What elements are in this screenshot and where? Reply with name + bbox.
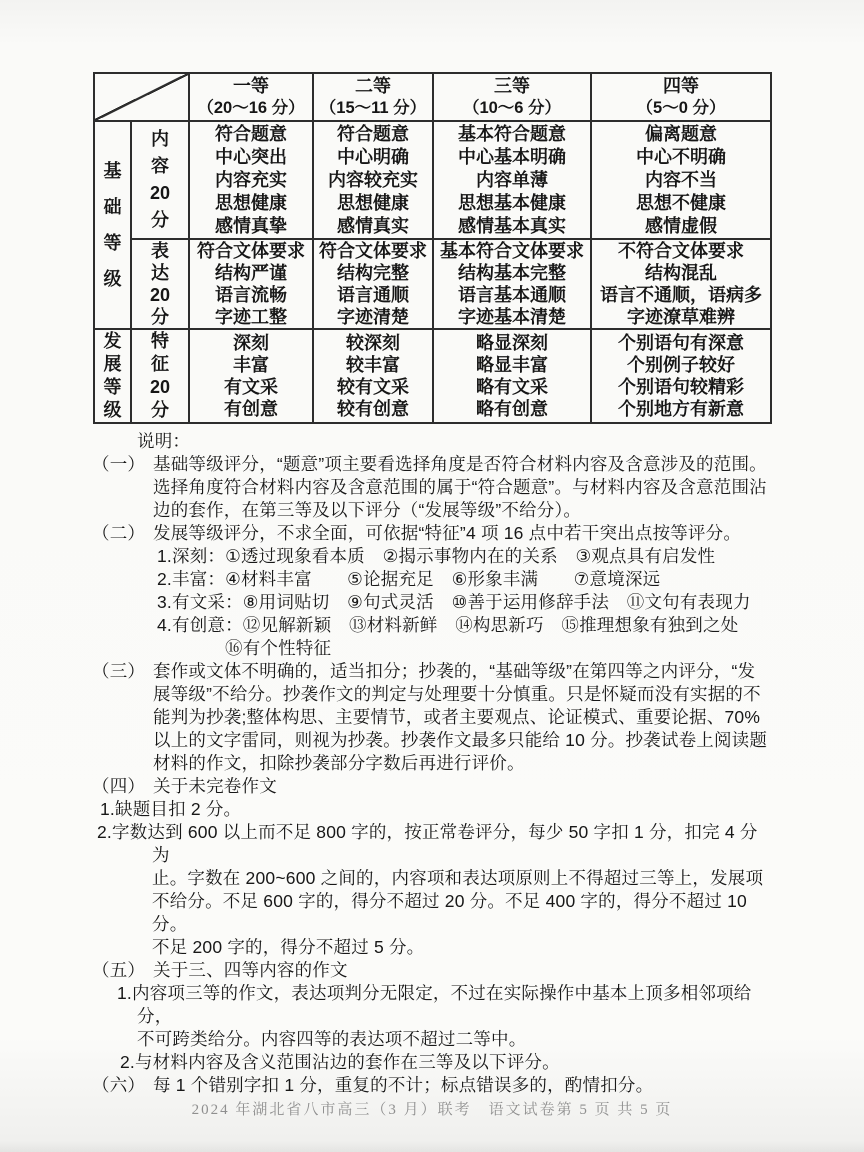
note-item-5-sub2: 2.与材料内容及含义范围沾边的套作在三等及以下评分。 <box>92 1051 772 1074</box>
note-item-6-label: （六） <box>92 1074 153 1097</box>
expression-grade4-cell: 不符合文体要求 结构混乱 语言不通顺，语病多 字迹潦草难辨 <box>591 239 771 329</box>
note-item-4-sub1: 1.缺题目扣 2 分。 <box>92 798 772 821</box>
grade1-title: 一等 <box>190 75 312 97</box>
feature-grade4-cell: 个别语句有深意 个别例子较好 个别语句较精彩 个别地方有新意 <box>591 329 771 423</box>
grade2-title: 二等 <box>314 75 432 97</box>
note-item-3-label: （三） <box>92 660 153 775</box>
note-item-5-title: 关于三、四等内容的作文 <box>153 959 772 982</box>
document-page: 一等 （20～16 分） 二等 （15～11 分） 三等 （10～6 分） 四等… <box>0 0 864 1152</box>
row-label-feature-20: 特 征 20 分 <box>131 329 189 423</box>
grade2-score-range: （15～11 分） <box>314 97 432 119</box>
note-item-4: （四） 关于未完卷作文 <box>92 775 772 798</box>
column-header-grade3: 三等 （10～6 分） <box>433 73 591 121</box>
content-grade2-cell: 符合题意 中心明确 内容较充实 思想健康 感情真实 <box>313 121 433 239</box>
note-item-4-title: 关于未完卷作文 <box>153 775 772 798</box>
feature-line-literary: 3.有文采：⑧用词贴切 ⑨句式灵活 ⑩善于运用修辞手法 ⑪文句有表现力 <box>92 591 772 614</box>
grade1-score-range: （20～16 分） <box>190 97 312 119</box>
row-label-content-20: 内 容 20 分 <box>131 121 189 239</box>
grade4-score-range: （5～0 分） <box>592 97 770 119</box>
grade3-title: 三等 <box>434 75 590 97</box>
content-grade4-cell: 偏离题意 中心不明确 内容不当 思想不健康 感情虚假 <box>591 121 771 239</box>
note-item-4-sub2: 2.字数达到 600 以上而不足 800 字的，按正常卷评分，每少 50 字扣 … <box>92 821 772 959</box>
column-header-grade1: 一等 （20～16 分） <box>189 73 313 121</box>
feature-grade2-cell: 较深刻 较丰富 较有文采 较有创意 <box>313 329 433 423</box>
row-label-expression-20: 表 达 20 分 <box>131 239 189 329</box>
note-item-6: （六） 每 1 个错别字扣 1 分，重复的不计；标点错误多的，酌情扣分。 <box>92 1074 772 1097</box>
column-header-grade2: 二等 （15～11 分） <box>313 73 433 121</box>
table-corner-diagonal-cell <box>94 73 189 121</box>
notes-heading: 说明： <box>92 430 772 453</box>
row-group-basic-level: 基 础 等 级 <box>94 121 131 329</box>
row-group-development-level: 发 展 等 级 <box>94 329 131 423</box>
notes-section: 说明： （一） 基础等级评分，“题意”项主要看选择角度是否符合材料内容及含意涉及… <box>92 430 772 1097</box>
expression-grade3-cell: 基本符合文体要求 结构基本完整 语言基本通顺 字迹基本清楚 <box>433 239 591 329</box>
content-grade1-cell: 符合题意 中心突出 内容充实 思想健康 感情真挚 <box>189 121 313 239</box>
essay-grading-rubric-table: 一等 （20～16 分） 二等 （15～11 分） 三等 （10～6 分） 四等… <box>93 72 772 424</box>
note-item-1-text: 基础等级评分，“题意”项主要看选择角度是否符合材料内容及含意涉及的范围。 选择角… <box>153 453 772 522</box>
feature-grade3-cell: 略显深刻 略显丰富 略有文采 略有创意 <box>433 329 591 423</box>
grade4-title: 四等 <box>592 75 770 97</box>
note-item-5-sub1: 1.内容项三等的作文，表达项判分无限定，不过在实际操作中基本上顶多相邻项给分， … <box>92 982 772 1051</box>
note-item-2-label: （二） <box>92 522 153 545</box>
note-item-1-label: （一） <box>92 453 153 522</box>
feature-grade1-cell: 深刻 丰富 有文采 有创意 <box>189 329 313 423</box>
note-item-6-text: 每 1 个错别字扣 1 分，重复的不计；标点错误多的，酌情扣分。 <box>153 1074 772 1097</box>
expression-grade1-cell: 符合文体要求 结构严谨 语言流畅 字迹工整 <box>189 239 313 329</box>
note-item-3: （三） 套作或文体不明确的，适当扣分；抄袭的，“基础等级”在第四等之内评分，“发… <box>92 660 772 775</box>
expression-grade2-cell: 符合文体要求 结构完整 语言通顺 字迹清楚 <box>313 239 433 329</box>
column-header-grade4: 四等 （5～0 分） <box>591 73 771 121</box>
feature-line-personality: ⑯有个性特征 <box>92 637 772 660</box>
note-item-5: （五） 关于三、四等内容的作文 <box>92 959 772 982</box>
feature-line-deep: 1.深刻：①透过现象看本质 ②揭示事物内在的关系 ③观点具有启发性 <box>92 545 772 568</box>
note-item-2: （二） 发展等级评分，不求全面，可依据“特征”4 项 16 点中若干突出点按等评… <box>92 522 772 545</box>
note-item-1: （一） 基础等级评分，“题意”项主要看选择角度是否符合材料内容及含意涉及的范围。… <box>92 453 772 522</box>
feature-line-creative: 4.有创意：⑫见解新颖 ⑬材料新鲜 ⑭构思新巧 ⑮推理想象有独到之处 <box>92 614 772 637</box>
content-grade3-cell: 基本符合题意 中心基本明确 内容单薄 思想基本健康 感情基本真实 <box>433 121 591 239</box>
note-item-5-label: （五） <box>92 959 153 982</box>
note-item-3-text: 套作或文体不明确的，适当扣分；抄袭的，“基础等级”在第四等之内评分，“发 展等级… <box>153 660 772 775</box>
note-item-4-label: （四） <box>92 775 153 798</box>
grade3-score-range: （10～6 分） <box>434 97 590 119</box>
feature-line-rich: 2.丰富：④材料丰富 ⑤论据充足 ⑥形象丰满 ⑦意境深远 <box>92 568 772 591</box>
page-footer: 2024 年湖北省八市高三（3 月）联考 语文试卷第 5 页 共 5 页 <box>0 1098 864 1119</box>
note-item-2-text: 发展等级评分，不求全面，可依据“特征”4 项 16 点中若干突出点按等评分。 <box>153 522 772 545</box>
